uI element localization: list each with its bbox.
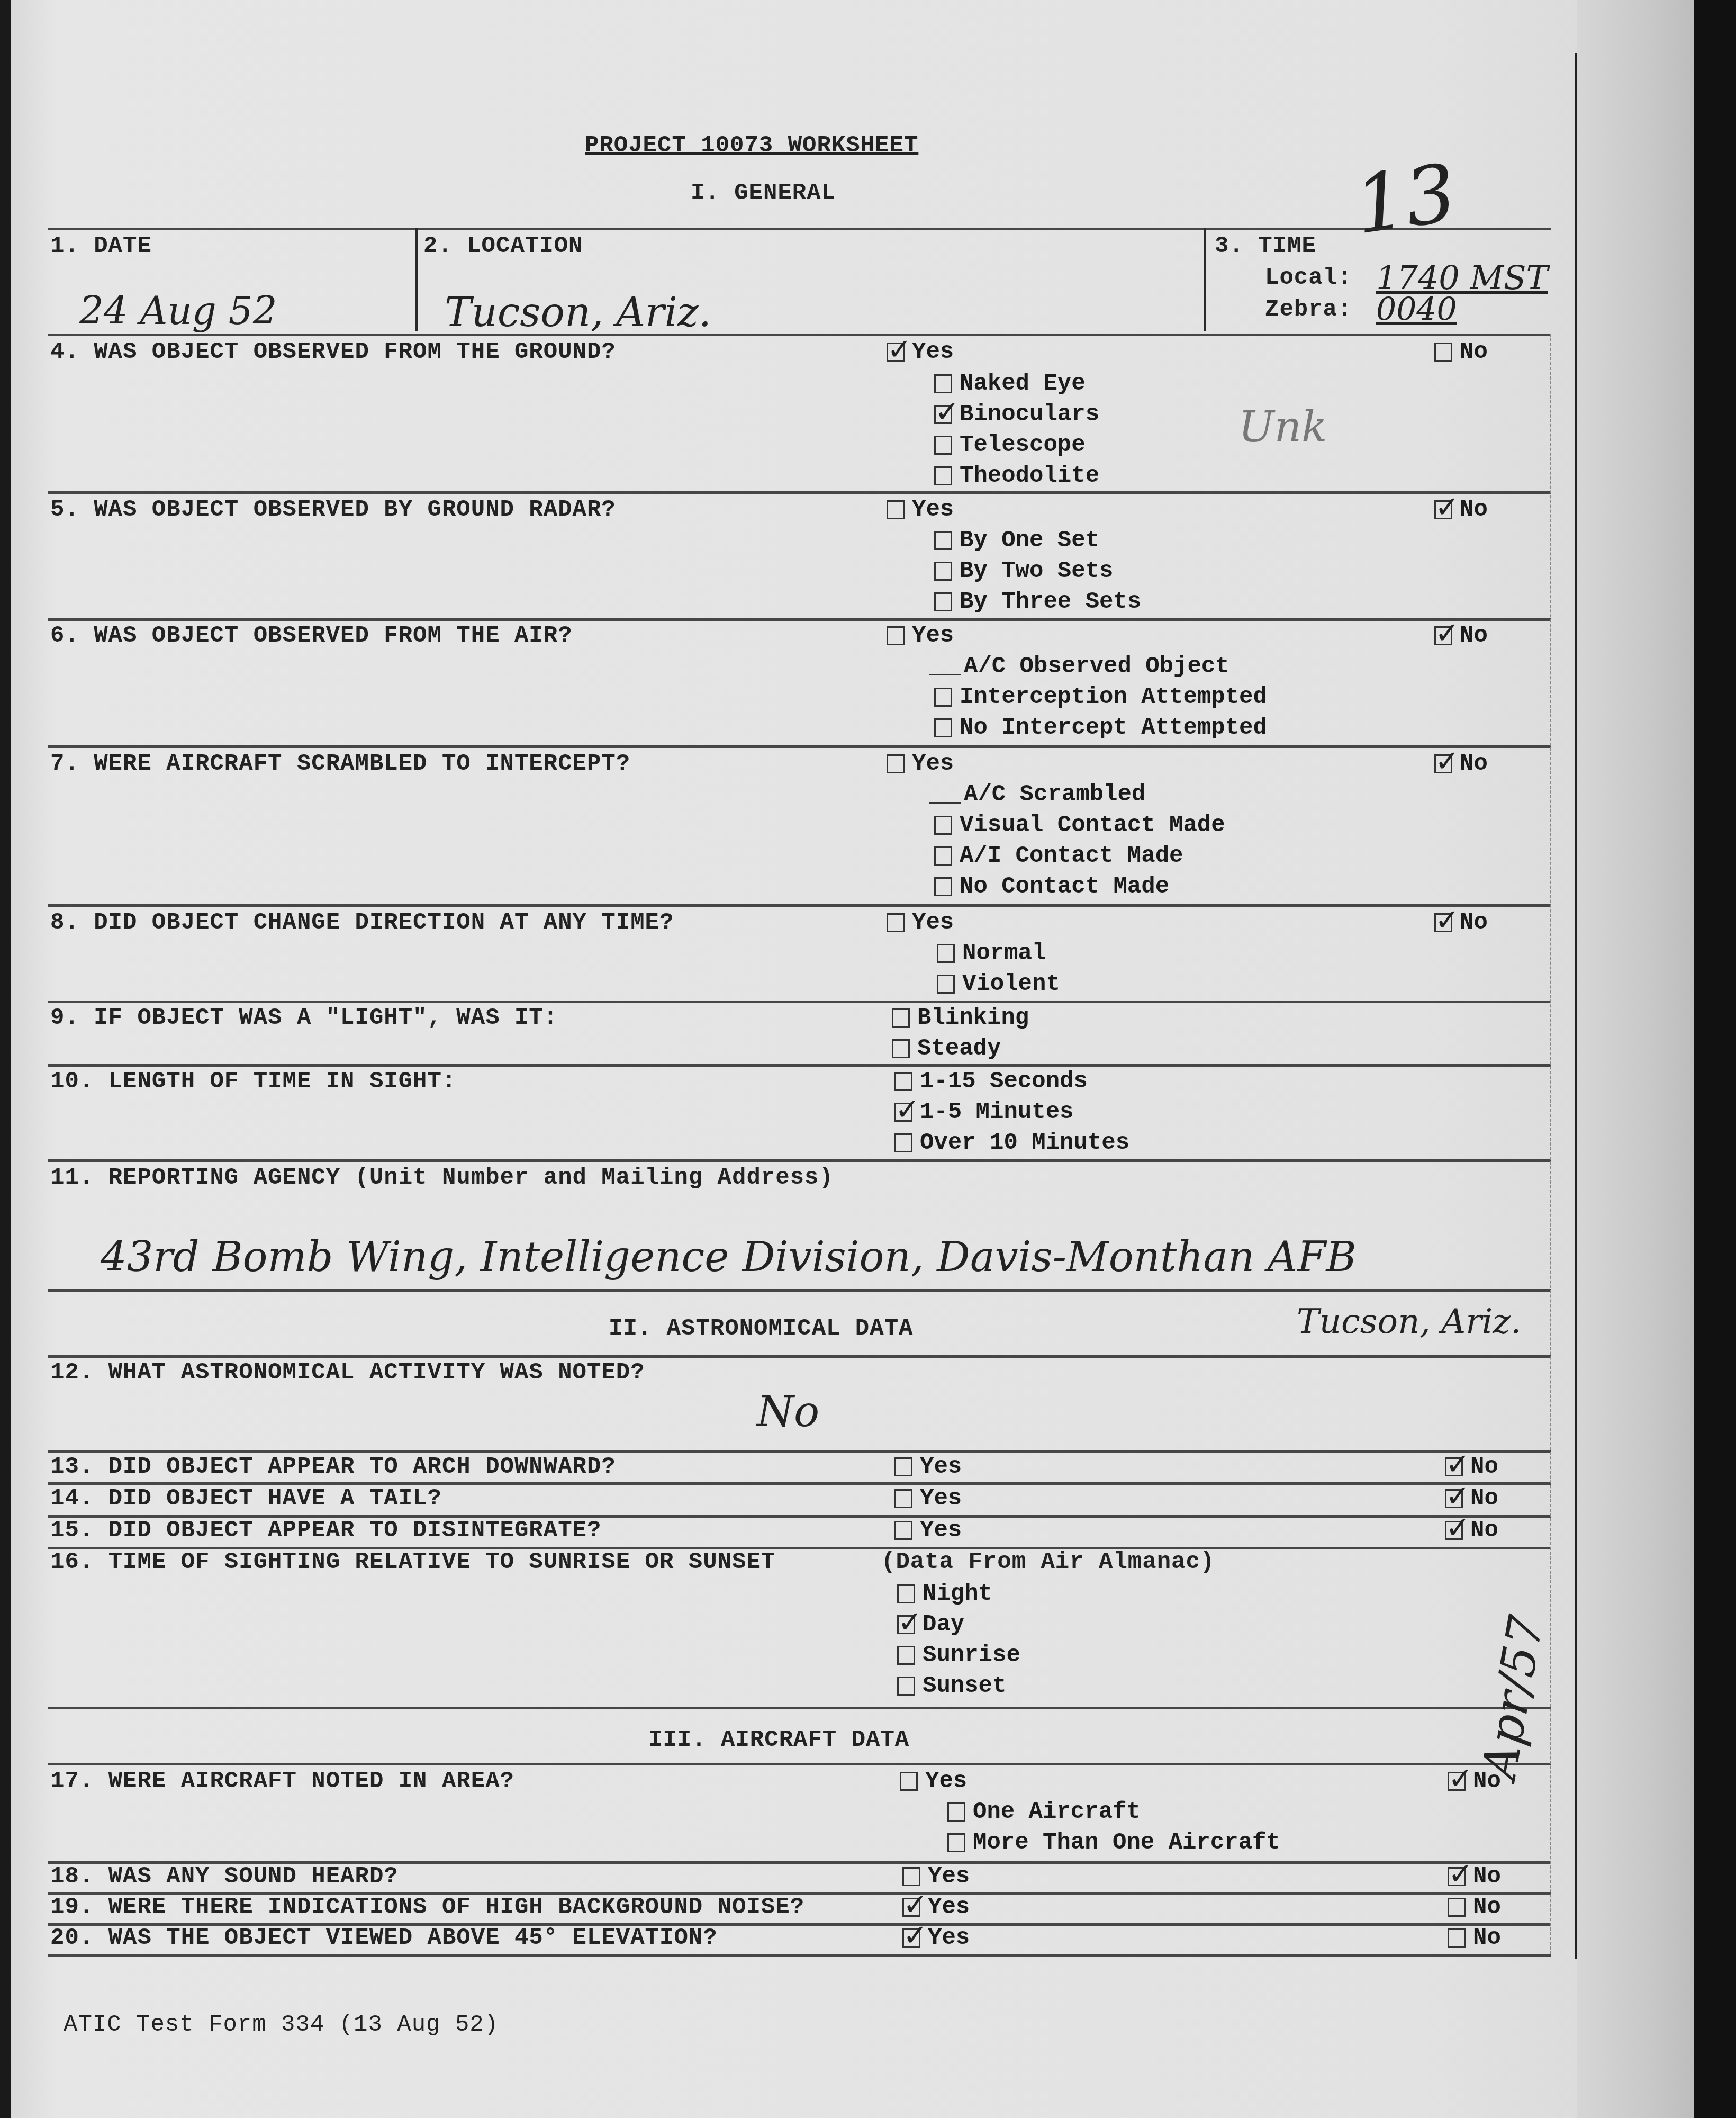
q6-interception-attempted[interactable]: Interception Attempted — [934, 684, 1267, 710]
q18-no-option[interactable]: No — [1448, 1863, 1501, 1890]
divider — [1204, 228, 1206, 331]
question-7: 7. WERE AIRCRAFT SCRAMBLED TO INTERCEPT? — [50, 751, 630, 777]
reporting-agency-value: 43rd Bomb Wing, Intelligence Division, D… — [101, 1233, 1357, 1281]
question-5: 5. WAS OBJECT OBSERVED BY GROUND RADAR? — [50, 497, 616, 523]
location-value: Tucson, Ariz. — [445, 289, 711, 336]
q7-yes-option[interactable]: Yes — [887, 751, 954, 777]
margin-note-unk: Unk — [1238, 402, 1327, 452]
section-heading-astronomical: II. ASTRONOMICAL DATA — [609, 1315, 914, 1342]
q17-yes-option[interactable]: Yes — [900, 1768, 967, 1795]
q16-source-note: (Data From Air Almanac) — [881, 1549, 1215, 1575]
page-edge-rule — [1575, 53, 1577, 1959]
checkbox[interactable] — [894, 1457, 912, 1476]
question-8: 8. DID OBJECT CHANGE DIRECTION AT ANY TI… — [50, 909, 674, 936]
divider — [48, 1954, 1551, 1957]
q7-ac-scrambled[interactable]: A/C Scrambled — [929, 781, 1145, 808]
q20-no-option[interactable]: No — [1448, 1925, 1501, 1951]
divider — [415, 228, 418, 331]
form-identifier: ATIC Test Form 334 (13 Aug 52) — [64, 2012, 499, 2038]
q7-no-contact[interactable]: No Contact Made — [934, 873, 1169, 900]
checkbox[interactable] — [934, 718, 952, 737]
checkbox[interactable] — [887, 626, 905, 645]
checkbox[interactable] — [894, 1521, 912, 1540]
checkbox[interactable] — [902, 1867, 920, 1886]
checkbox[interactable] — [1434, 343, 1452, 362]
q6-no-intercept[interactable]: No Intercept Attempted — [934, 715, 1267, 741]
checkbox-checked[interactable] — [1448, 1867, 1466, 1886]
checkbox[interactable] — [934, 592, 952, 611]
q14-no-option[interactable]: No — [1445, 1485, 1498, 1512]
divider — [48, 1064, 1551, 1067]
checkbox-checked[interactable] — [894, 1103, 912, 1122]
q5-one-set[interactable]: By One Set — [934, 527, 1099, 554]
q8-violent[interactable]: Violent — [937, 971, 1060, 997]
time-zebra-label: Zebra: — [1265, 296, 1352, 323]
q4-telescope[interactable]: Telescope — [934, 432, 1086, 458]
q15-yes-option[interactable]: Yes — [894, 1517, 962, 1544]
checkbox-checked[interactable] — [1434, 626, 1452, 645]
q4-no-option[interactable]: No — [1434, 339, 1488, 365]
checkbox[interactable] — [934, 877, 952, 896]
q4-naked-eye[interactable]: Naked Eye — [934, 371, 1086, 397]
blank-field[interactable] — [929, 658, 961, 675]
q5-two-sets[interactable]: By Two Sets — [934, 558, 1113, 584]
question-10: 10. LENGTH OF TIME IN SIGHT: — [50, 1068, 456, 1095]
checkbox[interactable] — [1448, 1898, 1466, 1917]
location-label: 2. LOCATION — [423, 233, 583, 259]
section-heading-general: I. GENERAL — [691, 180, 836, 206]
divider — [48, 745, 1551, 748]
q8-yes-option[interactable]: Yes — [887, 909, 954, 936]
divider — [48, 491, 1551, 494]
checkbox[interactable] — [934, 466, 952, 485]
q5-three-sets[interactable]: By Three Sets — [934, 589, 1141, 615]
q19-no-option[interactable]: No — [1448, 1894, 1501, 1921]
divider — [48, 904, 1551, 907]
scan-margin — [1577, 0, 1694, 2118]
divider — [48, 334, 1551, 336]
checkbox-checked[interactable] — [934, 405, 952, 424]
checkbox[interactable] — [947, 1833, 965, 1852]
divider — [48, 1289, 1551, 1292]
checkbox-checked[interactable] — [1434, 500, 1452, 519]
checkbox[interactable] — [934, 816, 952, 835]
checkbox[interactable] — [897, 1646, 915, 1665]
q20-yes-option[interactable]: Yes — [902, 1925, 970, 1951]
date-label: 1. DATE — [50, 233, 152, 259]
page-title: PROJECT 10073 WORKSHEET — [585, 132, 918, 159]
q5-yes-option[interactable]: Yes — [887, 497, 954, 523]
q7-ai-contact[interactable]: A/I Contact Made — [934, 843, 1183, 869]
q6-ac-observed[interactable]: A/C Observed Object — [929, 653, 1229, 680]
checkbox-checked[interactable] — [897, 1615, 915, 1634]
checkbox[interactable] — [897, 1677, 915, 1696]
question-14: 14. DID OBJECT HAVE A TAIL? — [50, 1485, 442, 1512]
date-value: 24 Aug 52 — [79, 289, 277, 333]
divider — [48, 1763, 1551, 1765]
checkbox-checked[interactable] — [902, 1898, 920, 1917]
checkbox[interactable] — [937, 944, 955, 963]
q10-1-15-seconds[interactable]: 1-15 Seconds — [894, 1068, 1088, 1095]
q7-visual-contact[interactable]: Visual Contact Made — [934, 812, 1225, 839]
q16-night[interactable]: Night — [897, 1581, 992, 1607]
q17-more-than-one[interactable]: More Than One Aircraft — [947, 1829, 1280, 1856]
q16-sunset[interactable]: Sunset — [897, 1673, 1006, 1699]
checkbox-checked[interactable] — [1445, 1457, 1463, 1476]
question-20: 20. WAS THE OBJECT VIEWED ABOVE 45° ELEV… — [50, 1925, 718, 1951]
divider — [48, 228, 1551, 230]
divider — [48, 1482, 1551, 1485]
q7-no-option[interactable]: No — [1434, 751, 1488, 777]
q13-no-option[interactable]: No — [1445, 1454, 1498, 1480]
checkbox[interactable] — [892, 1039, 910, 1058]
checkbox[interactable] — [894, 1072, 912, 1091]
checkbox[interactable] — [887, 500, 905, 519]
q4-yes-option[interactable]: Yes — [887, 339, 954, 365]
checkbox[interactable] — [894, 1489, 912, 1508]
checkbox[interactable] — [897, 1584, 915, 1603]
handwritten-page-number: 13 — [1349, 147, 1462, 253]
checkbox-checked[interactable] — [1445, 1489, 1463, 1508]
question-13: 13. DID OBJECT APPEAR TO ARCH DOWNWARD? — [50, 1454, 616, 1480]
question-15: 15. DID OBJECT APPEAR TO DISINTEGRATE? — [50, 1517, 601, 1544]
divider — [48, 1159, 1551, 1162]
q14-yes-option[interactable]: Yes — [894, 1485, 962, 1512]
q8-normal[interactable]: Normal — [937, 940, 1046, 967]
checkbox[interactable] — [900, 1772, 918, 1791]
time-local-label: Local: — [1265, 265, 1352, 291]
question-6: 6. WAS OBJECT OBSERVED FROM THE AIR? — [50, 623, 573, 649]
reporting-agency-city: Tucson, Ariz. — [1297, 1302, 1521, 1341]
q10-1-5-minutes[interactable]: 1-5 Minutes — [894, 1099, 1073, 1125]
checkbox[interactable] — [887, 913, 905, 932]
q10-over-10-minutes[interactable]: Over 10 Minutes — [894, 1130, 1129, 1156]
checkbox-checked[interactable] — [902, 1928, 920, 1948]
checkbox-checked[interactable] — [1445, 1521, 1463, 1540]
checkbox[interactable] — [934, 846, 952, 866]
q4-theodolite[interactable]: Theodolite — [934, 463, 1099, 489]
q19-yes-option[interactable]: Yes — [902, 1894, 970, 1921]
checkbox-checked[interactable] — [1434, 754, 1452, 773]
section-heading-aircraft: III. AIRCRAFT DATA — [648, 1727, 909, 1753]
checkbox-checked[interactable] — [1434, 913, 1452, 932]
question-19: 19. WERE THERE INDICATIONS OF HIGH BACKG… — [50, 1894, 804, 1921]
divider — [48, 1707, 1551, 1709]
checkbox[interactable] — [1448, 1928, 1466, 1948]
q16-day[interactable]: Day — [897, 1611, 964, 1638]
question-4: 4. WAS OBJECT OBSERVED FROM THE GROUND? — [50, 339, 616, 365]
q4-binoculars[interactable]: Binoculars — [934, 401, 1099, 428]
checkbox[interactable] — [934, 531, 952, 550]
checkbox[interactable] — [934, 562, 952, 581]
checkbox-checked[interactable] — [1448, 1772, 1466, 1791]
q16-sunrise[interactable]: Sunrise — [897, 1642, 1020, 1669]
checkbox[interactable] — [937, 975, 955, 994]
q18-yes-option[interactable]: Yes — [902, 1863, 970, 1890]
checkbox[interactable] — [894, 1133, 912, 1152]
q6-no-option[interactable]: No — [1434, 623, 1488, 649]
divider — [48, 618, 1551, 621]
q17-one-aircraft[interactable]: One Aircraft — [947, 1799, 1141, 1825]
question-11: 11. REPORTING AGENCY (Unit Number and Ma… — [50, 1165, 834, 1191]
divider — [48, 1355, 1551, 1358]
checkbox[interactable] — [892, 1008, 910, 1028]
checkbox-checked[interactable] — [887, 343, 905, 362]
scan-border — [1694, 0, 1736, 2118]
q9-blinking[interactable]: Blinking — [892, 1005, 1029, 1031]
time-zebra-value: 0040 — [1376, 291, 1457, 328]
checkbox[interactable] — [934, 374, 952, 393]
q5-no-option[interactable]: No — [1434, 497, 1488, 523]
form-right-edge — [1550, 334, 1551, 1954]
blank-field[interactable] — [929, 786, 961, 804]
q6-yes-option[interactable]: Yes — [887, 623, 954, 649]
time-label: 3. TIME — [1215, 233, 1316, 259]
question-9: 9. IF OBJECT WAS A "LIGHT", WAS IT: — [50, 1005, 558, 1031]
divider — [48, 1450, 1551, 1453]
checkbox[interactable] — [934, 436, 952, 455]
divider — [48, 1001, 1551, 1003]
q15-no-option[interactable]: No — [1445, 1517, 1498, 1544]
question-16: 16. TIME OF SIGHTING RELATIVE TO SUNRISE… — [50, 1549, 775, 1575]
q12-answer: No — [757, 1387, 819, 1436]
checkbox[interactable] — [887, 754, 905, 773]
question-12: 12. WHAT ASTRONOMICAL ACTIVITY WAS NOTED… — [50, 1359, 645, 1386]
q9-steady[interactable]: Steady — [892, 1035, 1001, 1062]
q13-yes-option[interactable]: Yes — [894, 1454, 962, 1480]
question-17: 17. WERE AIRCRAFT NOTED IN AREA? — [50, 1768, 514, 1795]
q8-no-option[interactable]: No — [1434, 909, 1488, 936]
checkbox[interactable] — [934, 688, 952, 707]
question-18: 18. WAS ANY SOUND HEARD? — [50, 1863, 399, 1890]
checkbox[interactable] — [947, 1802, 965, 1822]
